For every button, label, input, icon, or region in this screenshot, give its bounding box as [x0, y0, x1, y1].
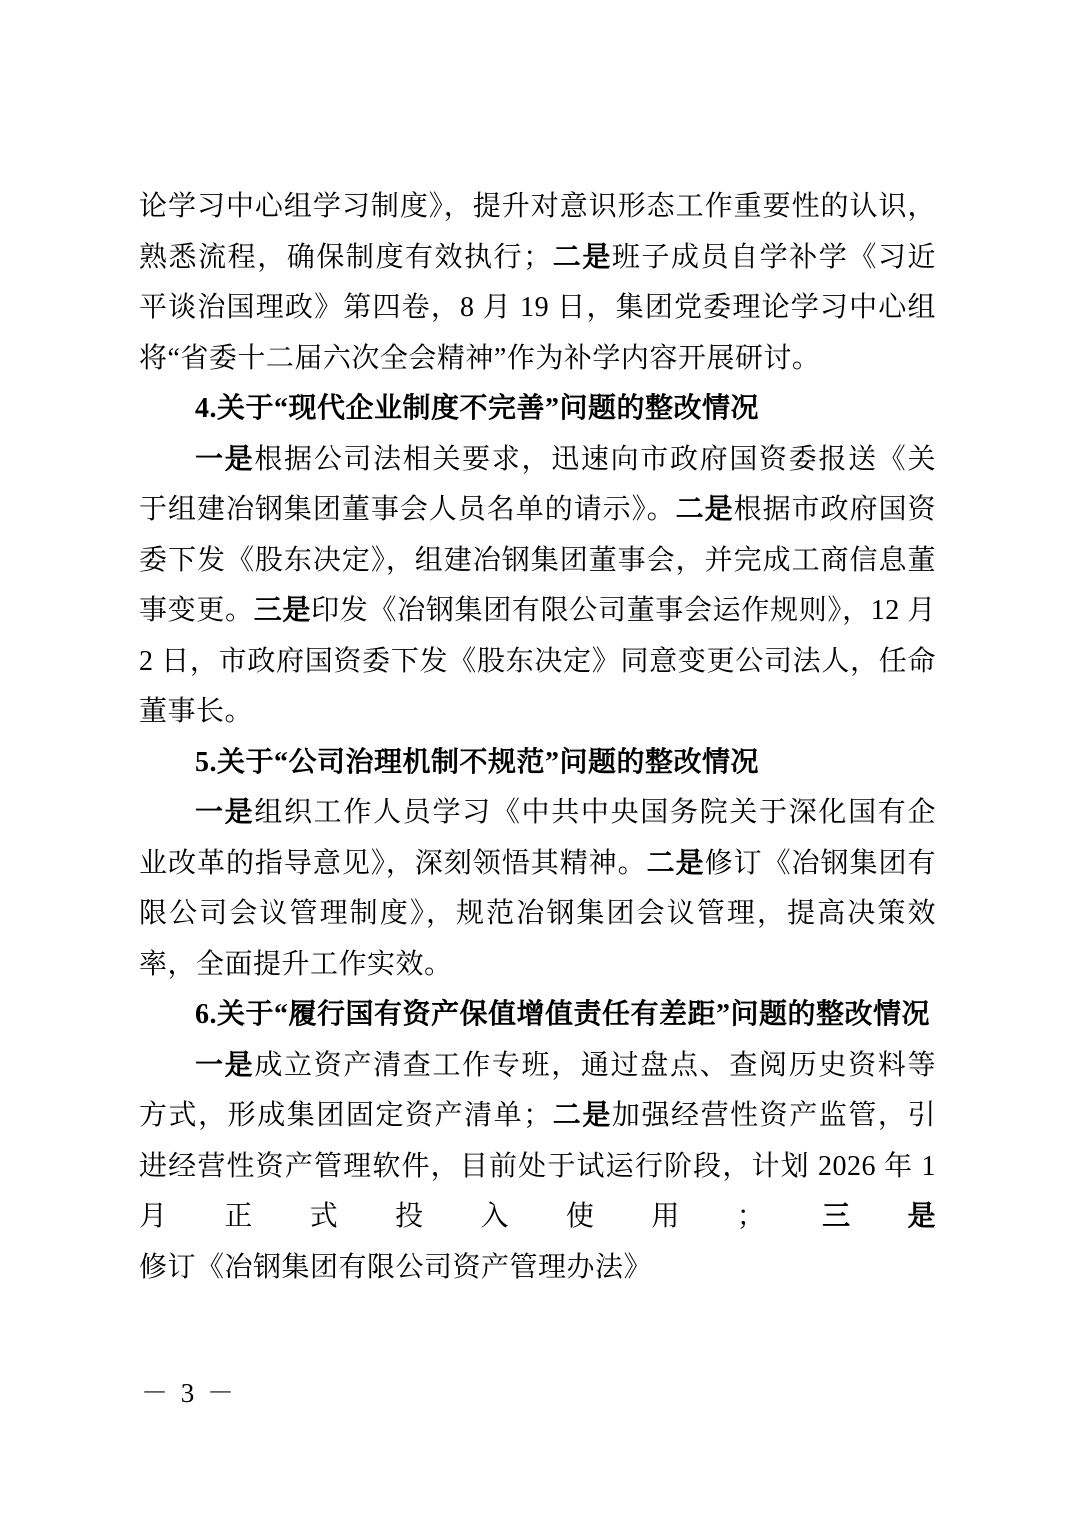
section-heading: 5.关于“公司治理机制不规范”问题的整改情况	[139, 738, 936, 789]
bold-text-run: 三是	[254, 595, 311, 626]
bold-text-run: 6.关于“履行国有资产保值增值责任有差距”问题的整改情况	[195, 999, 930, 1030]
bold-text-run: 二是	[552, 1100, 612, 1131]
bold-text-run: 5.关于“公司治理机制不规范”问题的整改情况	[195, 747, 759, 778]
section-heading: 4.关于“现代企业制度不完善”问题的整改情况	[139, 384, 936, 435]
bold-text-run: 一是	[195, 797, 254, 828]
body-paragraph: 论学习中心组学习制度》，提升对意识形态工作重要性的认识，熟悉流程，确保制度有效执…	[139, 182, 936, 384]
body-paragraph: 一是根据公司法相关要求，迅速向市政府国资委报送《关于组建冶钢集团董事会人员名单的…	[139, 435, 936, 738]
document-page: 论学习中心组学习制度》，提升对意识形态工作重要性的认识，熟悉流程，确保制度有效执…	[0, 0, 1074, 1520]
bold-text-run: 一是	[195, 1050, 254, 1081]
text-run: 修订《冶钢集团有限公司资产管理办法》	[139, 1252, 652, 1283]
bold-text-run: 二是	[676, 494, 734, 525]
bold-text-run: 二是	[552, 242, 612, 273]
document-text: 论学习中心组学习制度》，提升对意识形态工作重要性的认识，熟悉流程，确保制度有效执…	[139, 182, 936, 1293]
bold-text-run: 二是	[647, 848, 705, 879]
bold-text-run: 一是	[195, 444, 254, 475]
body-paragraph: 一是组织工作人员学习《中共中央国务院关于深化国有企业改革的指导意见》，深刻领悟其…	[139, 788, 936, 990]
bold-text-run: 4.关于“现代企业制度不完善”问题的整改情况	[195, 393, 759, 424]
body-paragraph: 一是成立资产清查工作专班，通过盘点、查阅历史资料等方式，形成集团固定资产清单；二…	[139, 1041, 936, 1294]
bold-text-run: 三是	[765, 1201, 936, 1232]
page-number: － 3 －	[141, 1371, 237, 1410]
section-heading: 6.关于“履行国有资产保值增值责任有差距”问题的整改情况	[139, 990, 936, 1041]
